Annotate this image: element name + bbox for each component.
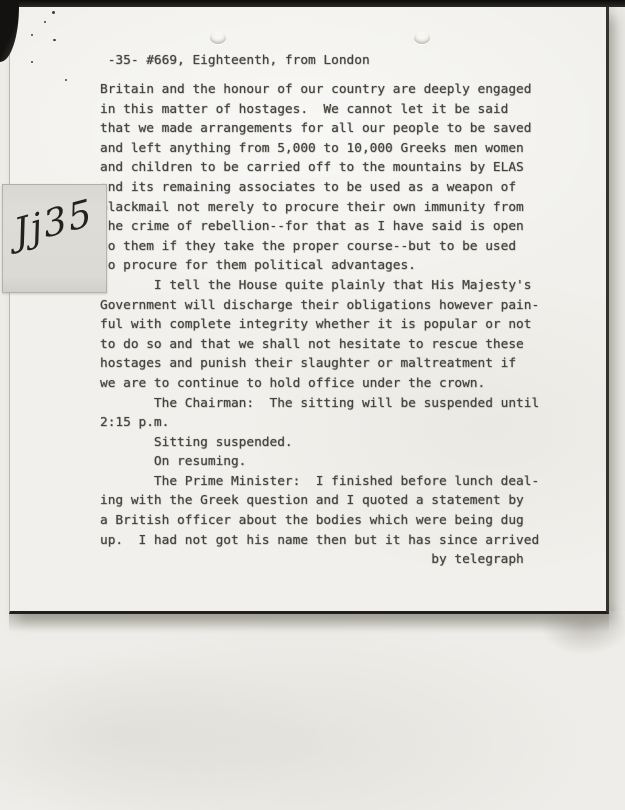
document-page: -35- #669, Eighteenth, from London Brita… [9,7,609,614]
punch-hole-left [210,32,226,44]
page-right-shadow-strip [608,7,625,611]
typed-line: I tell the House quite plainly that His … [100,276,539,296]
typed-line: 2:15 p.m. [100,413,539,433]
typed-line: The Chairman: The sitting will be suspen… [100,394,539,414]
punch-hole-right [414,32,430,44]
dust-speck [65,79,67,81]
typed-line: the crime of rebellion--for that as I ha… [100,217,539,237]
typed-line: to do so and that we shall not hesitate … [100,335,539,355]
handwritten-annotation: Jj35 [11,191,96,255]
typed-line: by telegraph [100,550,539,570]
dust-speck [31,61,33,63]
typed-line: we are to continue to hold office under … [100,374,539,394]
dust-speck [44,21,46,23]
photo-top-edge [0,0,625,7]
typed-line: and children to be carried off to the mo… [100,158,539,178]
typed-line: Britain and the honour of our country ar… [100,80,539,100]
dust-speck [53,39,56,41]
typed-line: Sitting suspended. [100,433,539,453]
typed-line: The Prime Minister: I finished before lu… [100,472,539,492]
typed-line: and left anything from 5,000 to 10,000 G… [100,139,539,159]
document-header-line: -35- #669, Eighteenth, from London [100,51,370,71]
typed-line: blackmail not merely to procure their ow… [100,198,539,218]
photo-background: -35- #669, Eighteenth, from London Brita… [0,0,625,810]
typed-line: that we made arrangements for all our pe… [100,119,539,139]
typed-line: Government will discharge their obligati… [100,296,539,316]
typed-line: and its remaining associates to be used … [100,178,539,198]
typed-line: up. I had not got his name then but it h… [100,531,539,551]
archive-label: Jj35 [2,184,107,293]
typed-line: to them if they take the proper course--… [100,237,539,257]
typed-line: hostages and punish their slaughter or m… [100,354,539,374]
typed-line: to procure for them political advantages… [100,256,539,276]
page-bottom-shadow [9,614,609,632]
typed-line: ful with complete integrity whether it i… [100,315,539,335]
typed-line: a British officer about the bodies which… [100,511,539,531]
typed-line: On resuming. [100,452,539,472]
typed-line: ing with the Greek question and I quoted… [100,491,539,511]
dust-speck [31,34,33,36]
typed-text-block: Britain and the honour of our country ar… [100,80,539,570]
dust-speck [52,11,55,14]
typed-line: in this matter of hostages. We cannot le… [100,100,539,120]
